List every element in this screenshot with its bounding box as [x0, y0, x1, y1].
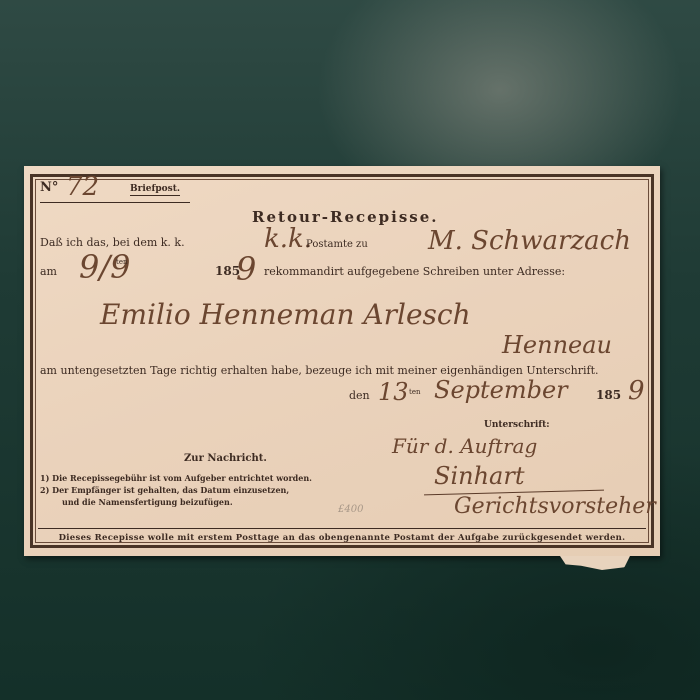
line2-text: rekommandirt aufgegebene Schreiben unter… [264, 265, 565, 278]
handwritten-postamt: k.k. [264, 224, 312, 254]
notice-item-1: 1) Die Recepissegebühr ist vom Aufgeber … [40, 473, 312, 483]
handwritten-receipt-day: 13 [378, 378, 409, 406]
number-label: N° [40, 180, 58, 195]
receipt-document: N° 72 Briefpost. Retour-Recepisse. Daß i… [24, 166, 660, 556]
number-value-handwritten: 72 [66, 172, 99, 202]
signature-line-3: Gerichtsvorsteher [454, 494, 656, 519]
footer-divider [38, 528, 646, 529]
torn-paper-edge [560, 556, 630, 570]
den-label: den [349, 389, 370, 402]
handwritten-receipt-month: September [434, 376, 568, 404]
am-label: am [40, 265, 57, 278]
signature-label: Unterschrift: [484, 420, 550, 430]
footer-instruction: Dieses Recepisse wolle mit erstem Postta… [40, 533, 644, 543]
briefpost-label: Briefpost. [130, 184, 180, 196]
handwritten-town: M. Schwarzach [428, 226, 631, 256]
notice-item-2: 2) Der Empfänger ist gehalten, das Datum… [40, 485, 289, 495]
handwritten-address-line2: Henneau [502, 331, 612, 359]
handwritten-send-date: 9/9 [79, 248, 131, 286]
number-underline [40, 202, 190, 203]
ten-superscript-2: ten [409, 388, 420, 396]
notice-item-2-continued: und die Namensfertigung beizufügen. [62, 497, 233, 507]
handwritten-address: Emilio Henneman Arlesch [100, 298, 471, 331]
signature-line-2: Sinhart [434, 462, 524, 490]
ten-superscript: ten [116, 258, 127, 266]
notice-title: Zur Nachricht. [184, 453, 267, 464]
signature-line-1: Für d. Auftrag [392, 434, 537, 458]
receipt-year-handwritten-digit: 9 [628, 376, 645, 406]
postamte-label: Postamte zu [306, 239, 368, 250]
receipt-year-printed: 185 [596, 388, 621, 402]
pencil-price-note: £400 [338, 504, 363, 515]
year-handwritten-digit: 9 [236, 250, 256, 288]
